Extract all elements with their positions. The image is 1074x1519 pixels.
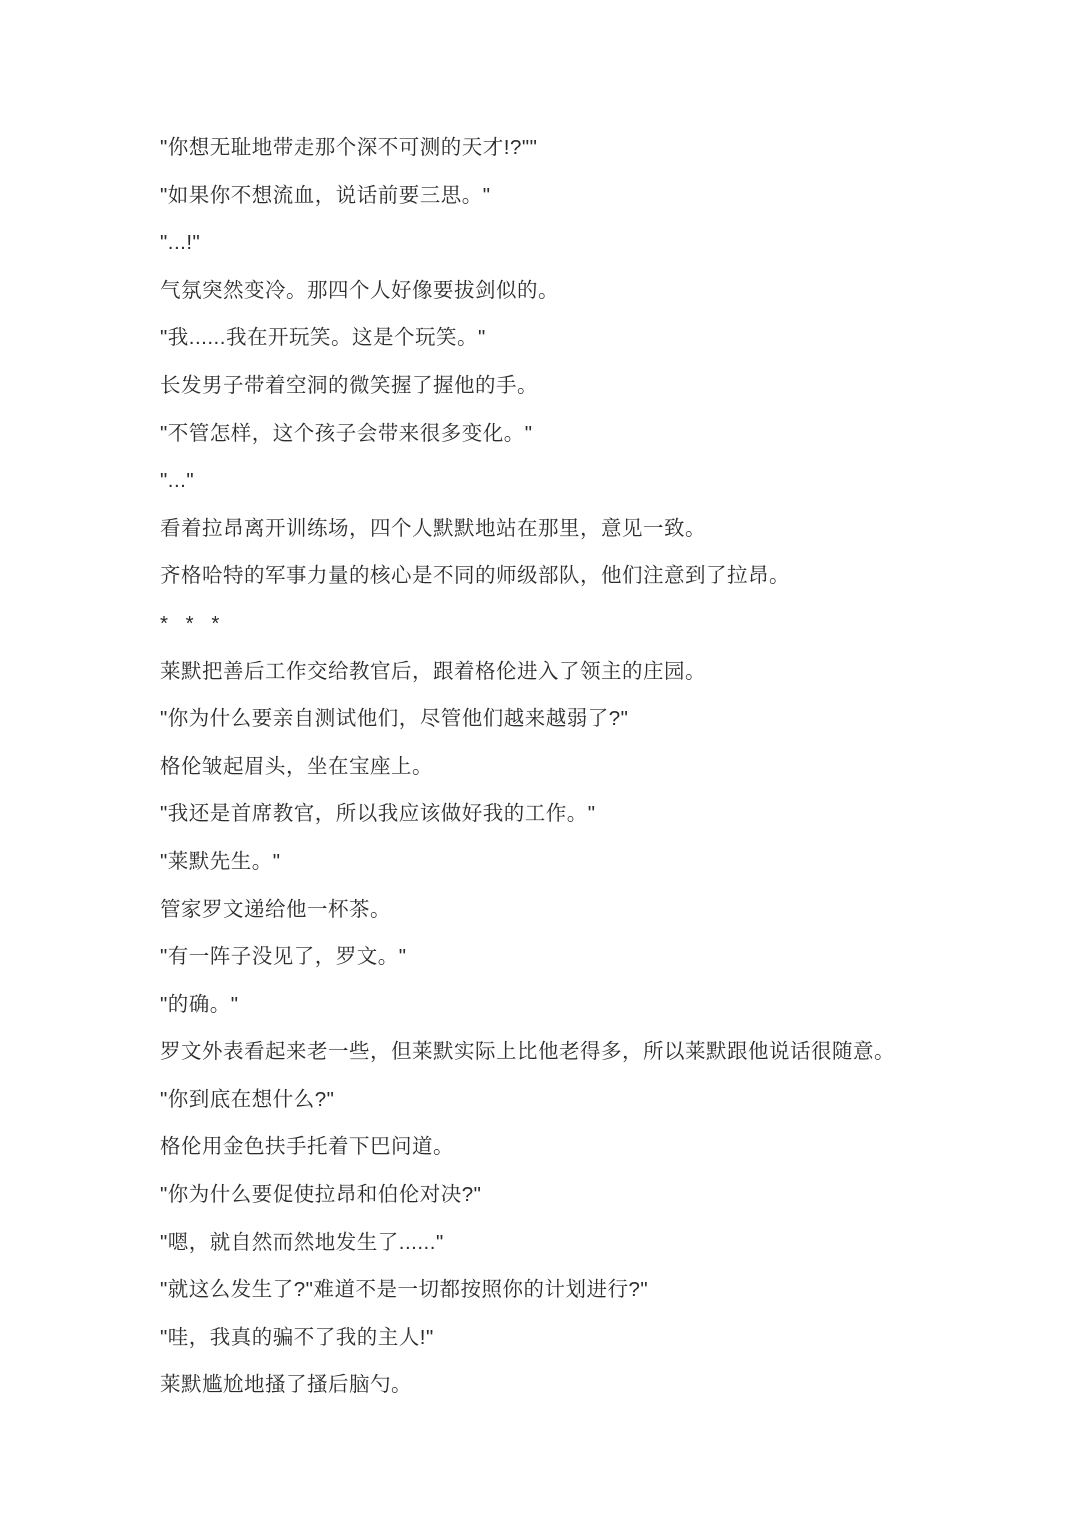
paragraph: "就这么发生了?"难道不是一切都按照你的计划进行?" (160, 1266, 1020, 1314)
paragraph: "你为什么要亲自测试他们，尽管他们越来越弱了?" (160, 695, 1020, 743)
paragraph: 齐格哈特的军事力量的核心是不同的师级部队，他们注意到了拉昂。 (160, 552, 1020, 600)
paragraph: "我......我在开玩笑。这是个玩笑。" (160, 314, 1020, 362)
paragraph: "我还是首席教官，所以我应该做好我的工作。" (160, 790, 1020, 838)
paragraph: 气氛突然变冷。那四个人好像要拔剑似的。 (160, 267, 1020, 315)
paragraph: "..." (160, 457, 1020, 505)
paragraph: "有一阵子没见了，罗文。" (160, 933, 1020, 981)
paragraph: 莱默把善后工作交给教官后，跟着格伦进入了领主的庄园。 (160, 648, 1020, 696)
paragraph: 看着拉昂离开训练场，四个人默默地站在那里，意见一致。 (160, 505, 1020, 553)
paragraph: "哇，我真的骗不了我的主人!" (160, 1314, 1020, 1362)
paragraph: 格伦用金色扶手托着下巴问道。 (160, 1123, 1020, 1171)
paragraph: 长发男子带着空洞的微笑握了握他的手。 (160, 362, 1020, 410)
paragraph: "...!" (160, 219, 1020, 267)
paragraph: 莱默尴尬地搔了搔后脑勺。 (160, 1361, 1020, 1409)
section-separator: * * * (160, 600, 1020, 648)
paragraph: "嗯，就自然而然地发生了......" (160, 1219, 1020, 1267)
paragraph: "如果你不想流血，说话前要三思。" (160, 172, 1020, 220)
text-content: "你想无耻地带走那个深不可测的天才!?"" "如果你不想流血，说话前要三思。" … (160, 124, 1020, 1409)
paragraph: "你到底在想什么?" (160, 1076, 1020, 1124)
document-page: "你想无耻地带走那个深不可测的天才!?"" "如果你不想流血，说话前要三思。" … (0, 0, 1074, 1519)
paragraph: 管家罗文递给他一杯茶。 (160, 886, 1020, 934)
paragraph: "你想无耻地带走那个深不可测的天才!?"" (160, 124, 1020, 172)
paragraph: "你为什么要促使拉昂和伯伦对决?" (160, 1171, 1020, 1219)
paragraph: "不管怎样，这个孩子会带来很多变化。" (160, 410, 1020, 458)
paragraph: 罗文外表看起来老一些，但莱默实际上比他老得多，所以莱默跟他说话很随意。 (160, 1028, 1020, 1076)
paragraph: "莱默先生。" (160, 838, 1020, 886)
paragraph: "的确。" (160, 981, 1020, 1029)
paragraph: 格伦皱起眉头，坐在宝座上。 (160, 743, 1020, 791)
